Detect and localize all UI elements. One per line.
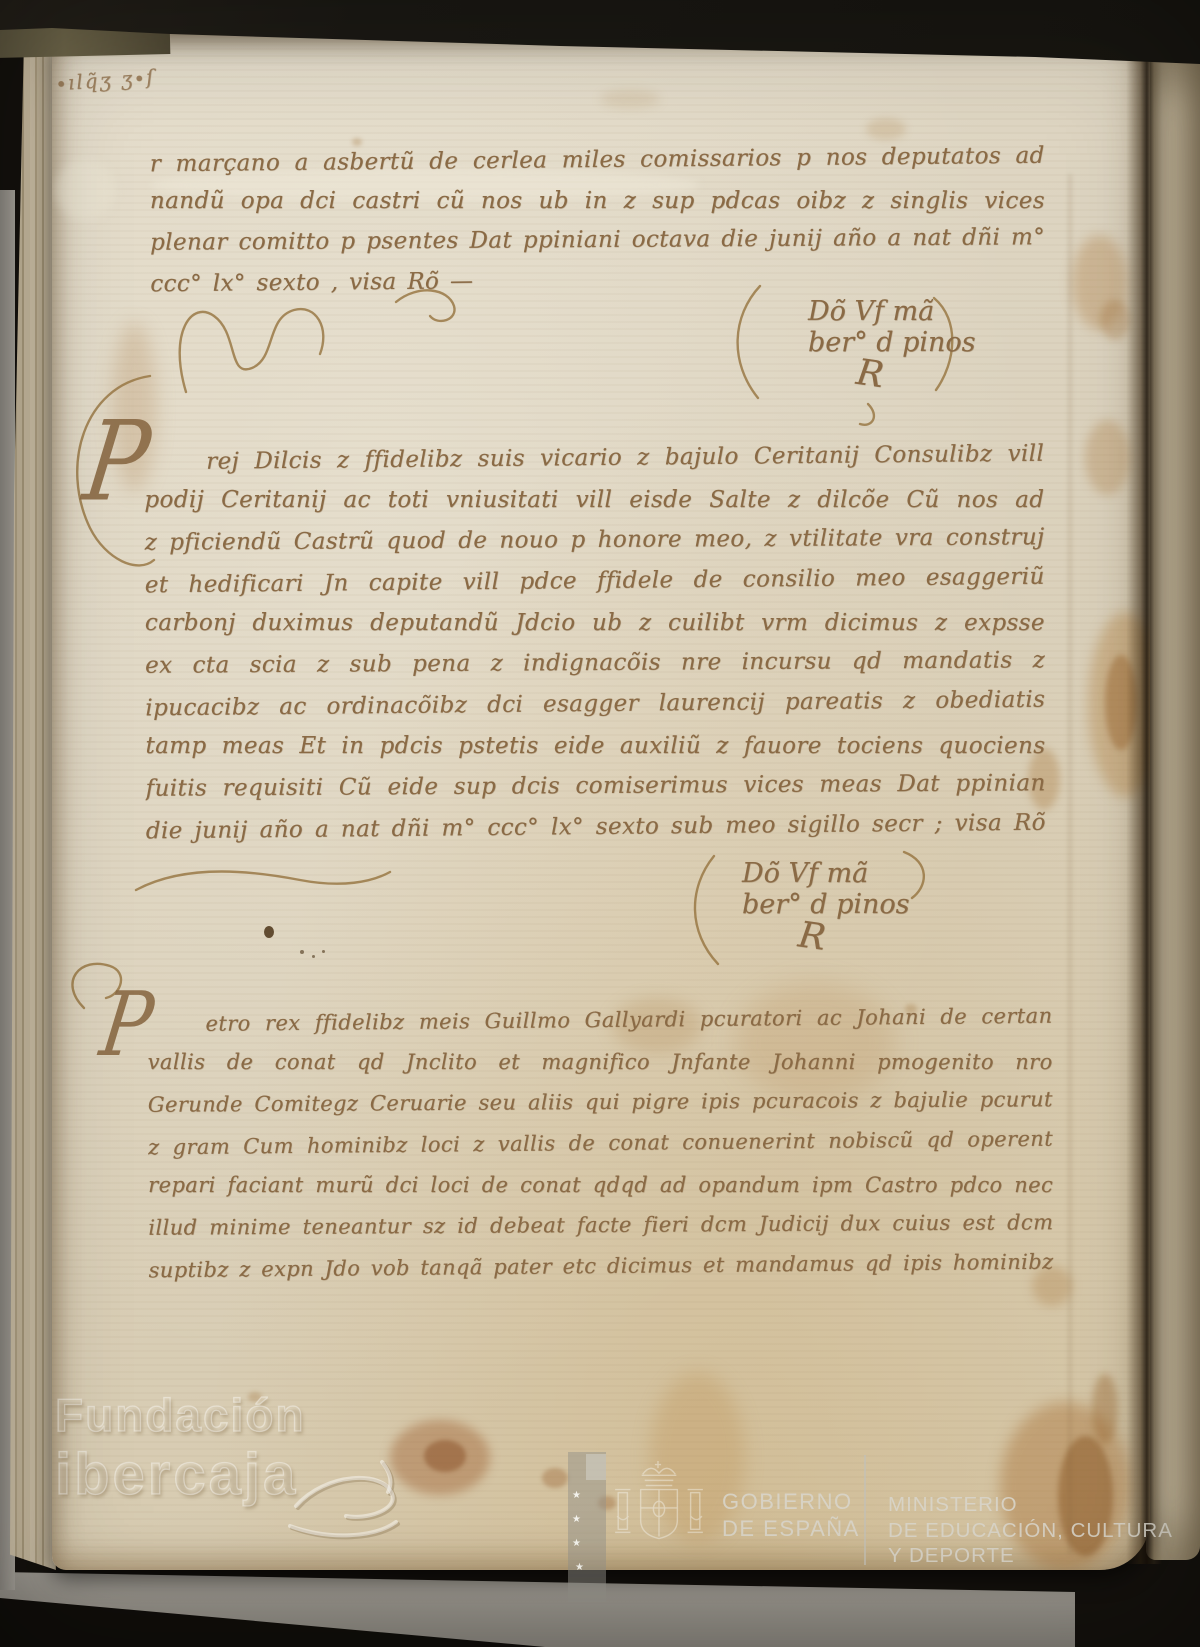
paragraph-3: etro rex ffidelibz meis Guillmo Gallyard… xyxy=(147,998,1053,1289)
gobierno-watermark: GOBIERNO DE ESPAÑA xyxy=(722,1488,860,1542)
manuscript-scan: ∙ılq̃ʒ ʒ∙ſ r marçano a asbertũ de cerlea… xyxy=(0,0,1200,1647)
manuscript-line: illud minime teneantur sz id debeat fact… xyxy=(148,1202,1053,1249)
manuscript-line: ipucacibz ac ordinacõibz dci esagger lau… xyxy=(145,680,1045,730)
ministerio-line3: Y DEPORTE xyxy=(888,1543,1173,1569)
eu-star-icon: ★ xyxy=(572,1514,581,1525)
watermark-divider xyxy=(864,1455,866,1565)
manuscript-line: vallis de conat qd Jnclito et magnifico … xyxy=(148,1042,1053,1083)
manuscript-line: r marçano a asbertũ de cerlea miles comi… xyxy=(150,136,1045,185)
manuscript-line: nandũ opa dci castri cũ nos ub in z sup … xyxy=(150,181,1045,221)
ink-blot xyxy=(264,926,274,938)
stain xyxy=(1092,1374,1118,1444)
manuscript-line: carbonj duximus deputandũ Jdcio ub z cui… xyxy=(145,603,1045,644)
manuscript-line: z pficiendũ Castrũ quod de nouo p honore… xyxy=(144,517,1044,563)
spain-coat-of-arms-icon xyxy=(608,1458,710,1566)
paragraph-2: rej Dilcis z ffidelibz suis vicario z ba… xyxy=(144,436,1046,850)
stain xyxy=(55,160,115,220)
stain xyxy=(542,1468,568,1488)
eu-star-icon: ★ xyxy=(572,1538,581,1549)
page-gutter-shadow xyxy=(1126,48,1162,1564)
chancery-note-line: ber° d pinos xyxy=(808,327,976,358)
manuscript-line: suptibz z expn Jdo vob tanqã pater etc d… xyxy=(148,1242,1053,1292)
gobierno-line2: DE ESPAÑA xyxy=(722,1515,860,1542)
ibercaja-watermark-line2: ibercaja xyxy=(55,1446,306,1504)
manuscript-line: etro rex ffidelibz meis Guillmo Gallyard… xyxy=(147,996,1052,1046)
manuscript-line: rej Dilcis z ffidelibz suis vicario z ba… xyxy=(144,434,1044,484)
ministerio-line2: DE EDUCACIÓN, CULTURA xyxy=(888,1518,1173,1544)
ibercaja-swoosh-icon xyxy=(286,1448,406,1543)
manuscript-line: fuitis requisiti Cũ eide sup dcis comise… xyxy=(146,763,1046,809)
manuscript-line: z gram Cum hominibz loci z vallis de con… xyxy=(148,1119,1053,1169)
eu-flag-highlight xyxy=(586,1454,606,1480)
stain xyxy=(1085,420,1130,495)
ministerio-line1: MINISTERIO xyxy=(888,1492,1173,1518)
chancery-note-1: Dõ Vf mã ber° d pinos R xyxy=(808,296,976,401)
ministerio-watermark: MINISTERIO DE EDUCACIÓN, CULTURA Y DEPOR… xyxy=(888,1492,1173,1569)
eu-flag-fragment: ★ ★ ★ ★ xyxy=(568,1452,606,1602)
chancery-note-sign: R xyxy=(854,352,978,409)
stain xyxy=(600,90,660,108)
ibercaja-watermark-line1: Fundación xyxy=(55,1392,306,1438)
gobierno-line1: GOBIERNO xyxy=(722,1488,860,1515)
manuscript-line: ex cta scia z sub pena z indignacõis nre… xyxy=(145,640,1045,686)
ink-blot xyxy=(300,950,304,954)
chancery-note-line: Dõ Vf mã xyxy=(808,296,976,327)
paragraph-1: r marçano a asbertũ de cerlea miles comi… xyxy=(150,138,1046,302)
page-crease xyxy=(1068,174,1072,1554)
chancery-note-sign: R xyxy=(796,914,912,970)
stain xyxy=(424,1440,466,1472)
chancery-note-line: ber° d pinos xyxy=(742,889,910,920)
stacked-page-edges xyxy=(10,36,56,1570)
ibercaja-watermark: Fundación ibercaja xyxy=(55,1392,306,1504)
manuscript-line: repari faciant murũ dci loci de conat qd… xyxy=(148,1165,1053,1206)
manuscript-line: plenar comitto p psentes Dat ppiniani oc… xyxy=(150,217,1045,262)
eu-star-icon: ★ xyxy=(575,1562,584,1573)
ink-blot xyxy=(312,955,315,958)
manuscript-line: et hedificari Jn capite vill pdce ffidel… xyxy=(145,557,1045,607)
manuscript-line: podij Ceritanij ac toti vniusitati vill … xyxy=(144,480,1044,521)
chancery-note-line: Dõ Vf mã xyxy=(742,858,910,889)
ink-blot xyxy=(322,950,325,953)
manuscript-line: tamp meas Et in pdcis pstetis eide auxil… xyxy=(145,726,1045,767)
manuscript-line: die junij año a nat dñi m° ccc° lx° sext… xyxy=(146,803,1046,853)
chancery-note-2: Dõ Vf mã ber° d pinos R xyxy=(742,858,910,963)
manuscript-line: Gerunde Comitegz Ceruarie seu aliis qui … xyxy=(148,1079,1053,1126)
eu-star-icon: ★ xyxy=(572,1490,581,1501)
